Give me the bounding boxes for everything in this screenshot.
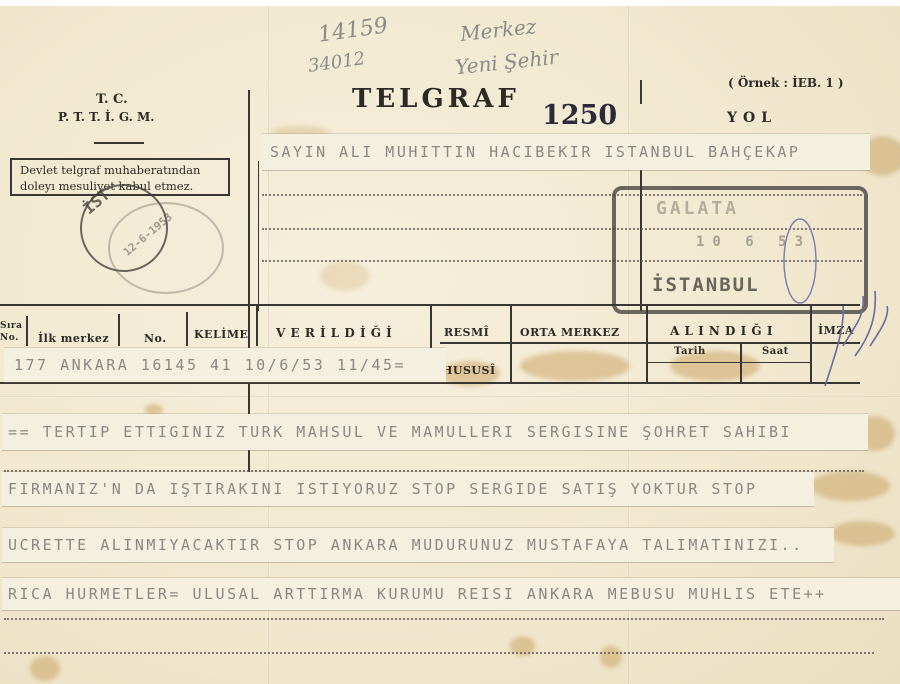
signature xyxy=(815,286,895,396)
header-tarih: Tarih xyxy=(674,346,706,357)
rule xyxy=(256,306,258,346)
blank-line xyxy=(4,652,874,654)
stain xyxy=(600,646,622,668)
transmission-strip: 177 ANKARA 16145 41 10/6/53 11/45= xyxy=(4,348,446,382)
rule xyxy=(646,306,648,384)
stain xyxy=(810,471,890,501)
handwritten-note: Yeni Şehir xyxy=(454,45,559,80)
rule xyxy=(640,80,642,104)
transmission-text: 177 ANKARA 16145 41 10/6/53 11/45= xyxy=(14,356,406,374)
disclaimer-line: Devlet telgraf muhaberatından xyxy=(20,162,220,178)
header-no: No. xyxy=(144,332,167,345)
stamp-city: İSTANBUL xyxy=(652,274,760,296)
message-line: == TERTIP ETTIGINIZ TURK MAHSUL VE MAMUL… xyxy=(8,423,792,441)
header-verildigi: V E R İ L D İ Ğ İ xyxy=(276,326,392,340)
message-line: FIRMANIZ'N DA IŞTIRAKINI ISTIYORUZ STOP … xyxy=(8,480,758,498)
rule xyxy=(26,316,28,346)
handwritten-note: 34012 xyxy=(307,48,367,77)
message-strip: UCRETTE ALINMIYACAKTIR STOP ANKARA MUDUR… xyxy=(2,528,834,562)
stain xyxy=(320,261,370,291)
stain xyxy=(520,351,630,381)
header-saat: Saat xyxy=(762,346,789,357)
header-kelime: KELİME xyxy=(194,328,248,341)
signature-oval xyxy=(775,216,825,306)
header-resmi: RESMÎ xyxy=(444,326,489,339)
message-line: RICA HURMETLER= ULUSAL ARTTIRMA KURUMU R… xyxy=(8,585,827,603)
message-line: UCRETTE ALINMIYACAKTIR STOP ANKARA MUDUR… xyxy=(8,536,804,554)
header-orta-merkez: ORTA MERKEZ xyxy=(520,326,620,339)
country-label: T. C. xyxy=(96,92,128,107)
telegram-title: TELGRAF xyxy=(352,84,520,114)
rule xyxy=(258,161,259,311)
stamp-top-text: GALATA xyxy=(656,198,739,219)
header-ilk-merkez: İlk merkez xyxy=(38,332,109,345)
handwritten-note: 14159 xyxy=(317,13,390,47)
blank-line xyxy=(4,618,884,620)
stain xyxy=(30,656,60,681)
rule xyxy=(118,314,120,346)
message-strip: == TERTIP ETTIGINIZ TURK MAHSUL VE MAMUL… xyxy=(2,414,868,450)
rule xyxy=(510,306,512,384)
divider xyxy=(94,142,144,144)
addressee-strip: SAYIN ALI MUHITTIN HACIBEKIR ISTANBUL BA… xyxy=(262,134,870,170)
rule xyxy=(186,312,188,346)
telegram-document: 14159 34012 Merkez Yeni Şehir T. C. P. T… xyxy=(0,6,900,684)
rule xyxy=(648,362,810,363)
rule xyxy=(440,342,860,344)
fold-line xyxy=(0,396,900,398)
agency-label: P. T. T. İ. G. M. xyxy=(58,110,154,124)
stain xyxy=(830,521,895,546)
header-alindigi: A L I N D I Ğ I xyxy=(670,324,773,338)
form-code: ( Örnek : İEB. 1 ) xyxy=(728,76,844,90)
telegram-number: 1250 xyxy=(542,100,617,131)
rule xyxy=(810,306,812,384)
message-strip: FIRMANIZ'N DA IŞTIRAKINI ISTIYORUZ STOP … xyxy=(2,472,814,506)
addressee-text: SAYIN ALI MUHITTIN HACIBEKIR ISTANBUL BA… xyxy=(270,143,800,161)
route-label: YOL xyxy=(727,110,777,126)
header-sira-no: Sıra No. xyxy=(0,320,26,344)
message-strip: RICA HURMETLER= ULUSAL ARTTIRMA KURUMU R… xyxy=(2,578,900,610)
header-hususi: HUSUSÎ xyxy=(442,364,496,377)
handwritten-note: Merkez xyxy=(459,14,537,46)
rule xyxy=(740,344,742,382)
